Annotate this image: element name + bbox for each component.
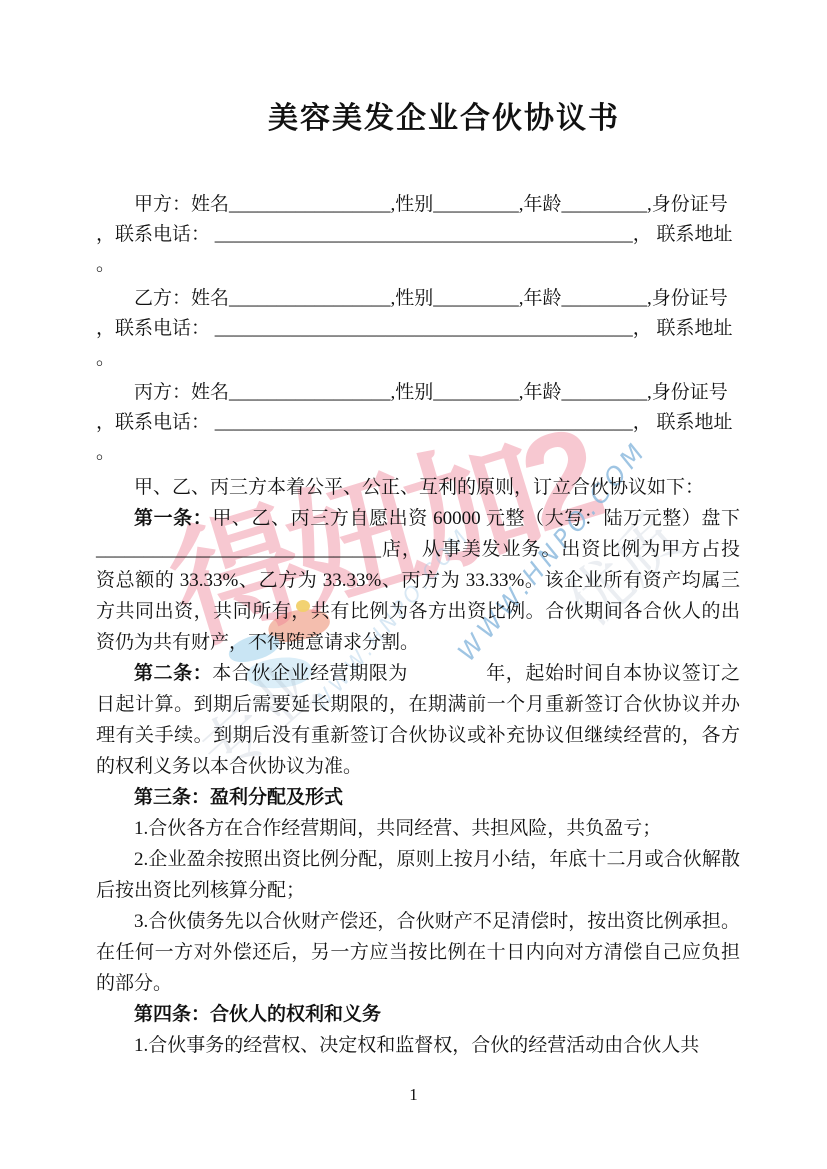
party-block: 丙方：姓名_________________,性别_________,年龄___… <box>96 378 740 468</box>
party-line: 乙方：姓名_________________,性别_________,年龄___… <box>96 284 740 314</box>
clause-text: 3.合伙债务先以合伙财产偿还，合伙财产不足清偿时，按出资比例承担。在任何一方对外… <box>96 911 740 994</box>
party-line: 。 <box>96 438 740 468</box>
party-line: ，联系电话： _________________________________… <box>96 220 740 250</box>
clause-heading: 第四条：合伙人的权利和义务 <box>134 1004 381 1025</box>
clauses: 甲、乙、丙三方本着公平、公正、互利的原则，订立合伙协议如下：第一条：甲、乙、丙三… <box>96 472 740 1061</box>
clause-heading: 第一条： <box>134 508 212 529</box>
clause-paragraph: 第二条：本合伙企业经营期限为 年，起始时间自本协议签订之日起计算。到期后需要延长… <box>96 658 740 782</box>
clause-text: 1.合伙事务的经营权、决定权和监督权，合伙的经营活动由合伙人共 <box>134 1035 699 1056</box>
clause-paragraph: 第四条：合伙人的权利和义务 <box>96 999 740 1030</box>
party-line: 。 <box>96 344 740 374</box>
party-block: 乙方：姓名_________________,性别_________,年龄___… <box>96 284 740 374</box>
body-paragraph: 1.合伙各方在合作经营期间，共同经营、共担风险，共负盈亏； <box>96 813 740 844</box>
parties: 甲方：姓名_________________,性别_________,年龄___… <box>96 190 740 468</box>
clause-text: 2.企业盈余按照出资比例分配，原则上按月小结，年底十二月或合伙解散后按出资比列核… <box>96 849 740 901</box>
document-page: 专业 优质 得妞加2 WWW.HNPO.COM WWW.HNPO.COM 美容美… <box>0 0 827 1169</box>
clause-paragraph: 第一条：甲、乙、丙三方自愿出资 60000 元整（大写：陆万元整）盘下_____… <box>96 503 740 658</box>
body-paragraph: 2.企业盈余按照出资比例分配，原则上按月小结，年底十二月或合伙解散后按出资比列核… <box>96 844 740 906</box>
body-paragraph: 甲、乙、丙三方本着公平、公正、互利的原则，订立合伙协议如下： <box>96 472 740 503</box>
party-block: 甲方：姓名_________________,性别_________,年龄___… <box>96 190 740 280</box>
document-body: 美容美发企业合伙协议书 甲方：姓名_________________,性别___… <box>96 100 740 1061</box>
clause-text: 甲、乙、丙三方本着公平、公正、互利的原则，订立合伙协议如下： <box>134 477 704 498</box>
body-paragraph: 1.合伙事务的经营权、决定权和监督权，合伙的经营活动由合伙人共 <box>96 1030 740 1061</box>
clause-text: 甲、乙、丙三方自愿出资 60000 元整（大写：陆万元整）盘下_________… <box>96 508 740 653</box>
clause-text: 1.合伙各方在合作经营期间，共同经营、共担风险，共负盈亏； <box>134 818 661 839</box>
body-paragraph: 3.合伙债务先以合伙财产偿还，合伙财产不足清偿时，按出资比例承担。在任何一方对外… <box>96 906 740 999</box>
party-line: 丙方：姓名_________________,性别_________,年龄___… <box>96 378 740 408</box>
party-line: 甲方：姓名_________________,性别_________,年龄___… <box>96 190 740 220</box>
document-title: 美容美发企业合伙协议书 <box>96 100 740 138</box>
party-line: ，联系电话： _________________________________… <box>96 314 740 344</box>
party-line: ，联系电话： _________________________________… <box>96 408 740 438</box>
clause-heading: 第三条：盈利分配及形式 <box>134 787 343 808</box>
page-number: 1 <box>0 1085 827 1105</box>
clause-paragraph: 第三条：盈利分配及形式 <box>96 782 740 813</box>
party-line: 。 <box>96 250 740 280</box>
clause-heading: 第二条： <box>134 663 212 684</box>
